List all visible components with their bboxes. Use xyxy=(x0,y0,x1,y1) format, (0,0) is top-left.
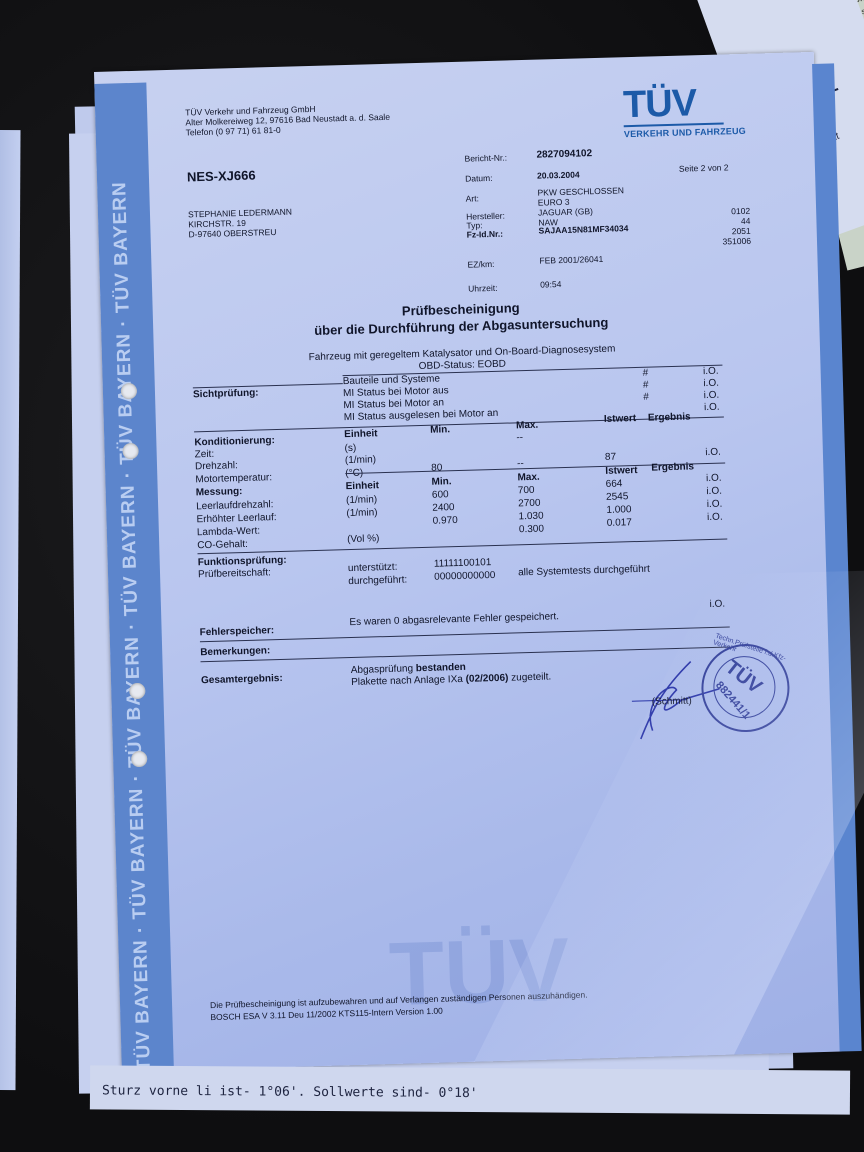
row-unit: (1/min) xyxy=(345,454,376,466)
unterstuetzt-value: 11111100101 xyxy=(434,557,492,570)
check-result: i.O. xyxy=(683,378,719,390)
row-ist: 1.000 xyxy=(606,504,631,516)
bemerkungen-label: Bemerkungen: xyxy=(200,645,270,658)
fehler-text: Es waren 0 abgasrelevante Fehler gespeic… xyxy=(349,611,559,628)
col-header: Min. xyxy=(430,424,450,436)
bericht-label: Bericht-Nr.: xyxy=(464,153,507,164)
owner-address: STEPHANIE LEDERMANN KIRCHSTR. 19 D-97640… xyxy=(188,207,293,240)
license-plate: NES-XJ666 xyxy=(187,168,256,185)
ez-value: FEB 2001/26041 xyxy=(539,254,603,266)
row-result: i.O. xyxy=(685,473,721,485)
row-max: 1.030 xyxy=(518,511,543,523)
row-min: 600 xyxy=(432,489,449,500)
check-hash: # xyxy=(643,380,649,391)
fzid-value: SAJAA15N81MF34034 xyxy=(538,223,628,236)
col-header: Einheit xyxy=(346,480,380,492)
row-max: -- xyxy=(516,432,523,443)
col-header: Istwert xyxy=(604,413,637,425)
stamp-ring-text: Techn.Prüfstelle f.d.Kfz-Verkehr xyxy=(712,633,787,670)
row-name: Lambda-Wert: xyxy=(197,526,260,539)
bereitschaft-label: Prüfbereitschaft: xyxy=(198,567,271,580)
left-partial-sheet xyxy=(0,130,21,1090)
col-header: Min. xyxy=(431,476,451,488)
row-unit: (s) xyxy=(344,443,356,454)
sichtpruefung-label: Sichtprüfung: xyxy=(193,388,259,401)
page-indicator: Seite 2 von 2 xyxy=(679,162,729,173)
row-max: 0.300 xyxy=(519,524,544,536)
row-result: i.O. xyxy=(687,512,723,524)
row-name: CO-Gehalt: xyxy=(197,539,248,551)
row-ist: 0.017 xyxy=(607,517,632,529)
gesamt-passed: bestanden xyxy=(416,662,466,674)
row-min: 2400 xyxy=(432,502,455,514)
row-name: Leerlaufdrehzahl: xyxy=(196,499,274,512)
unterstuetzt-label: unterstützt: xyxy=(348,562,398,574)
tuv-stamp: Techn.Prüfstelle f.d.Kfz-Verkehr TÜV 882… xyxy=(700,643,790,733)
row-min: 80 xyxy=(431,462,442,473)
gesamt-text: Plakette nach Anlage IXa xyxy=(351,674,466,688)
divider xyxy=(200,626,730,642)
company-address: TÜV Verkehr und Fahrzeug GmbH Alter Molk… xyxy=(185,102,390,138)
datum-value: 20.03.2004 xyxy=(537,169,580,180)
gesamt-text: zugeteilt. xyxy=(508,671,551,683)
stamp-inner-ring xyxy=(713,655,777,719)
row-max: 2700 xyxy=(518,498,541,510)
owner-city: D-97640 OBERSTREU xyxy=(188,227,292,240)
stamp-mark: TÜV xyxy=(720,656,766,699)
row-unit: (1/min) xyxy=(346,507,377,519)
logo-mark: TÜV xyxy=(623,84,746,123)
row-min: 0.970 xyxy=(433,515,458,527)
inspection-table: Sichtprüfung: Bauteile und Systeme # i.O… xyxy=(94,52,814,72)
signer-name: (Schmitt) xyxy=(652,696,692,708)
row-result: i.O. xyxy=(686,486,722,498)
fehler-label: Fehlerspeicher: xyxy=(200,625,275,638)
col-header: Ergebnis xyxy=(648,411,691,423)
row-ist: 87 xyxy=(605,452,616,463)
printout-strip: Sturz vorne li ist- 1°06'. Sollwerte sin… xyxy=(90,1065,850,1114)
row-name: Erhöhter Leerlauf: xyxy=(196,512,276,525)
messung-label: Messung: xyxy=(196,486,243,498)
vehicle-codes: 0102 44 2051 351006 xyxy=(710,206,751,247)
row-name: Drehzahl: xyxy=(195,460,238,472)
konditionierung-label: Konditionierung: xyxy=(194,435,275,448)
gesamt-text: Abgasprüfung xyxy=(351,663,416,676)
art-value: PKW GESCHLOSSEN xyxy=(537,185,624,197)
divider xyxy=(197,538,727,554)
col-header: Istwert xyxy=(605,465,638,477)
signature-scribble-icon xyxy=(631,659,723,741)
row-result: i.O. xyxy=(685,447,721,459)
uhrzeit-value: 09:54 xyxy=(540,279,562,290)
row-name: Zeit: xyxy=(195,449,215,461)
uhrzeit-label: Uhrzeit: xyxy=(468,283,498,294)
signature: (Schmitt) xyxy=(631,659,723,746)
durchgefuehrt-label: durchgeführt: xyxy=(348,574,407,587)
art-label: Art: xyxy=(466,193,480,203)
col-header: Ergebnis xyxy=(651,461,694,473)
hersteller-value: JAGUAR (GB) xyxy=(538,206,593,218)
report-meta: Bericht-Nr.: 2827094102 Datum: 20.03.200… xyxy=(94,52,814,72)
check-hash: # xyxy=(643,392,649,403)
check-hash: # xyxy=(642,368,648,379)
plakette-date: (02/2006) xyxy=(465,673,508,685)
check-result: i.O. xyxy=(683,390,719,402)
col-header: Einheit xyxy=(344,428,378,440)
funktion-note: alle Systemtests durchgeführt xyxy=(518,564,650,579)
datum-label: Datum: xyxy=(465,173,493,184)
col-header: Max. xyxy=(517,472,540,484)
bericht-value: 2827094102 xyxy=(536,148,592,161)
fehler-result: i.O. xyxy=(689,599,725,611)
row-max: 700 xyxy=(518,485,535,496)
durchgefuehrt-value: 00000000000 xyxy=(434,570,495,583)
row-ist: 2545 xyxy=(606,491,629,503)
row-unit: (Vol %) xyxy=(347,533,380,545)
row-ist: 664 xyxy=(606,478,623,489)
row-result: i.O. xyxy=(686,499,722,511)
divider xyxy=(193,383,343,388)
row-unit: (1/min) xyxy=(346,494,377,506)
fzid-label: Fz-Id.Nr.: xyxy=(467,229,504,240)
logo-subtitle: VERKEHR UND FAHRZEUG xyxy=(624,126,746,139)
col-header: Max. xyxy=(516,420,539,432)
certificate-sheet: TÜV BAYERN · TÜV BAYERN · TÜV BAYERN · T… xyxy=(94,52,842,1072)
printout-text: Sturz vorne li ist- 1°06'. Sollwerte sin… xyxy=(102,1083,478,1101)
ez-label: EZ/km: xyxy=(467,259,494,270)
tuv-logo: TÜV VERKEHR UND FAHRZEUG xyxy=(623,84,746,139)
code: 351006 xyxy=(711,236,751,247)
photo-scene: CO 2 Bromsar Vänster Vänster AB SV Säte … xyxy=(0,0,864,1152)
gesamt-label: Gesamtergebnis: xyxy=(201,673,283,686)
row-name: Motortemperatur: xyxy=(195,472,272,485)
stamp-number: 882441/1 xyxy=(713,679,752,721)
funktion-label: Funktionsprüfung: xyxy=(198,555,287,568)
check-result: i.O. xyxy=(682,366,718,378)
